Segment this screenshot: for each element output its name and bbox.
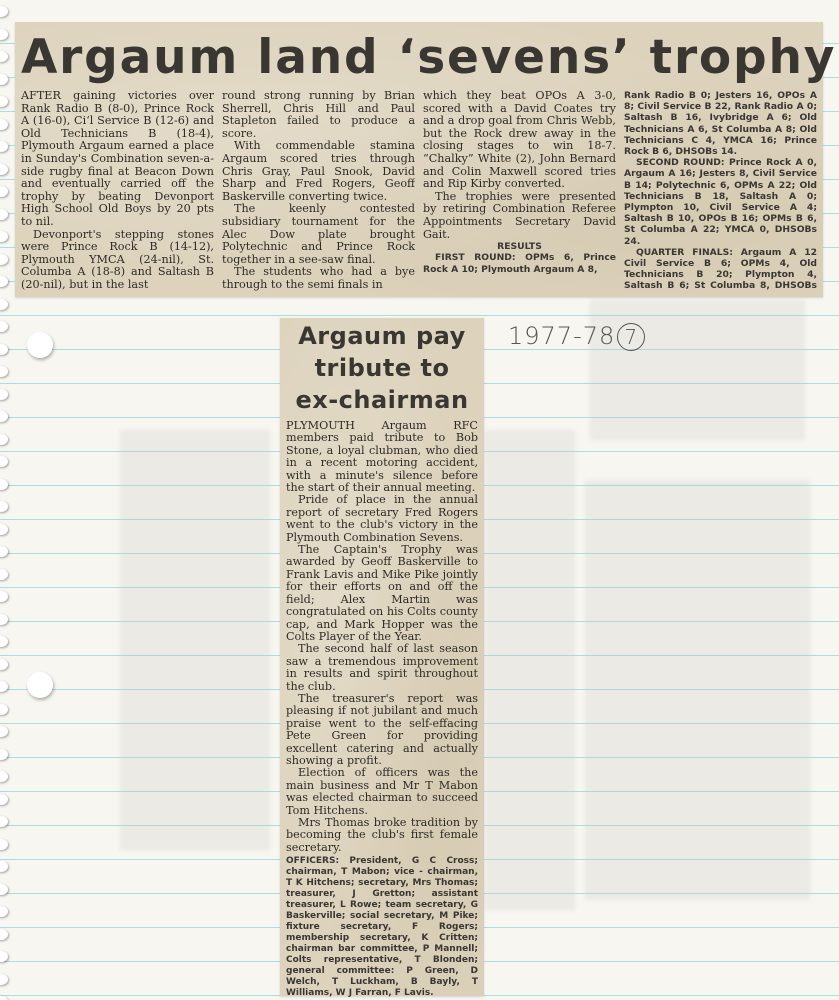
bleed-through-clipping [120,430,270,850]
paragraph: With commendable stamina Argaum scored t… [222,140,415,203]
spiral-hole [0,344,8,355]
newspaper-clipping-sevens-trophy: Argaum land ‘sevens’ trophy AFTER gainin… [15,22,823,297]
spiral-hole [0,636,8,647]
paragraph: The keenly contested subsidiary tourname… [222,203,415,266]
spiral-hole [0,209,8,220]
spiral-hole [0,276,8,287]
paragraph: PLYMOUTH Argaum RFC members paid tribute… [286,420,478,494]
paragraph: The students who had a bye through to th… [222,266,415,291]
results-round-continued: Rank Radio B 0; Jesters 16, OPOs A 8; Ci… [624,90,817,157]
spiral-hole [0,434,8,445]
spiral-hole [0,74,8,85]
spiral-hole [0,501,8,512]
spiral-hole [0,51,8,62]
article-column-1: AFTER gaining victories over Rank Radio … [21,90,214,293]
spiral-hole [0,861,8,872]
results-round: SECOND ROUND: Prince Rock A 0, Argaum A … [624,157,817,247]
spiral-hole [0,929,8,940]
spiral-hole [0,456,8,467]
article-headline: Argaum pay tribute to ex-chairman [280,318,484,420]
article-column-4-results: Rank Radio B 0; Jesters 16, OPOs A 8; Ci… [624,90,817,293]
round-label: QUARTER FINALS: [636,247,733,258]
bleed-through-clipping [485,430,575,910]
spiral-hole [0,614,8,625]
bleed-through-clipping [590,300,805,440]
spiral-hole [0,884,8,895]
spiral-hole [0,996,8,1000]
spiral-hole [0,6,8,17]
paragraph: AFTER gaining victories over Rank Radio … [21,90,214,229]
bleed-through-clipping [585,480,810,900]
paragraph: Election of officers was the main busine… [286,767,478,817]
results-title: RESULTS [423,241,616,252]
headline-line: tribute to [282,352,482,384]
handwritten-annotation: 1977-787 [508,322,645,351]
spiral-hole [0,254,8,265]
spiral-hole [0,186,8,197]
paragraph: which they beat OPOs A 3-0, scored with … [423,90,616,191]
headline-line: Argaum pay [282,320,482,352]
spiral-hole [0,839,8,850]
circled-page-number: 7 [617,323,645,351]
results-round: QUARTER FINALS: Argaum A 12 Civil Servic… [624,247,817,293]
spiral-hole [0,704,8,715]
newspaper-clipping-ex-chairman: Argaum pay tribute to ex-chairman PLYMOU… [280,318,484,996]
spiral-hole [0,479,8,490]
spiral-hole [0,771,8,782]
round-text: Prince Rock A 0, Argaum A 16; Jesters 8,… [624,157,817,246]
spiral-hole [0,816,8,827]
spiral-hole [0,164,8,175]
spiral-hole [0,659,8,670]
spiral-hole [0,231,8,242]
paragraph: Devonport's stepping stones were Prince … [21,229,214,292]
paragraph: The treasurer's report was pleasing if n… [286,693,478,767]
spiral-hole [0,569,8,580]
officers-list: OFFICERS: President, G C Cross; chairman… [280,854,484,999]
spiral-hole [0,906,8,917]
spiral-hole [0,321,8,332]
spiral-hole [0,749,8,760]
punch-hole [27,332,53,358]
spiral-hole [0,794,8,805]
article-body: PLYMOUTH Argaum RFC members paid tribute… [280,420,484,854]
spiral-hole [0,411,8,422]
spiral-hole [0,591,8,602]
paragraph: The trophies were presented by retiring … [423,191,616,241]
spiral-hole [0,141,8,152]
spiral-hole [0,29,8,40]
spiral-hole [0,389,8,400]
round-label: FIRST ROUND: [435,252,516,263]
results-block-start: RESULTS FIRST ROUND: OPMs 6, Prince Rock… [423,241,616,275]
paragraph: Mrs Thomas broke tradition by becoming t… [286,817,478,854]
spiral-hole [0,524,8,535]
headline-line: ex-chairman [282,384,482,416]
spiral-hole [0,299,8,310]
article-headline: Argaum land ‘sevens’ trophy [15,22,823,88]
article-column-2: round strong running by Brian Sherrell, … [222,90,415,293]
spiral-hole [0,726,8,737]
spiral-hole [0,546,8,557]
article-column-3: which they beat OPOs A 3-0, scored with … [423,90,616,293]
article-columns: AFTER gaining victories over Rank Radio … [21,90,817,293]
spiral-hole [0,119,8,130]
spiral-hole [0,951,8,962]
paragraph: The Captain's Trophy was awarded by Geof… [286,544,478,643]
spiral-hole [0,96,8,107]
spiral-hole [0,974,8,985]
season-label: 1977-78 [508,322,615,350]
paragraph: round strong running by Brian Sherrell, … [222,90,415,140]
spiral-hole [0,366,8,377]
results-round: FIRST ROUND: OPMs 6, Prince Rock A 10; P… [423,252,616,274]
spiral-binding-edge [0,0,14,1000]
round-label: SECOND ROUND: [636,157,725,168]
paragraph: The second half of last season saw a tre… [286,643,478,693]
punch-hole [27,672,53,698]
spiral-hole [0,681,8,692]
paragraph: Pride of place in the annual report of s… [286,494,478,544]
